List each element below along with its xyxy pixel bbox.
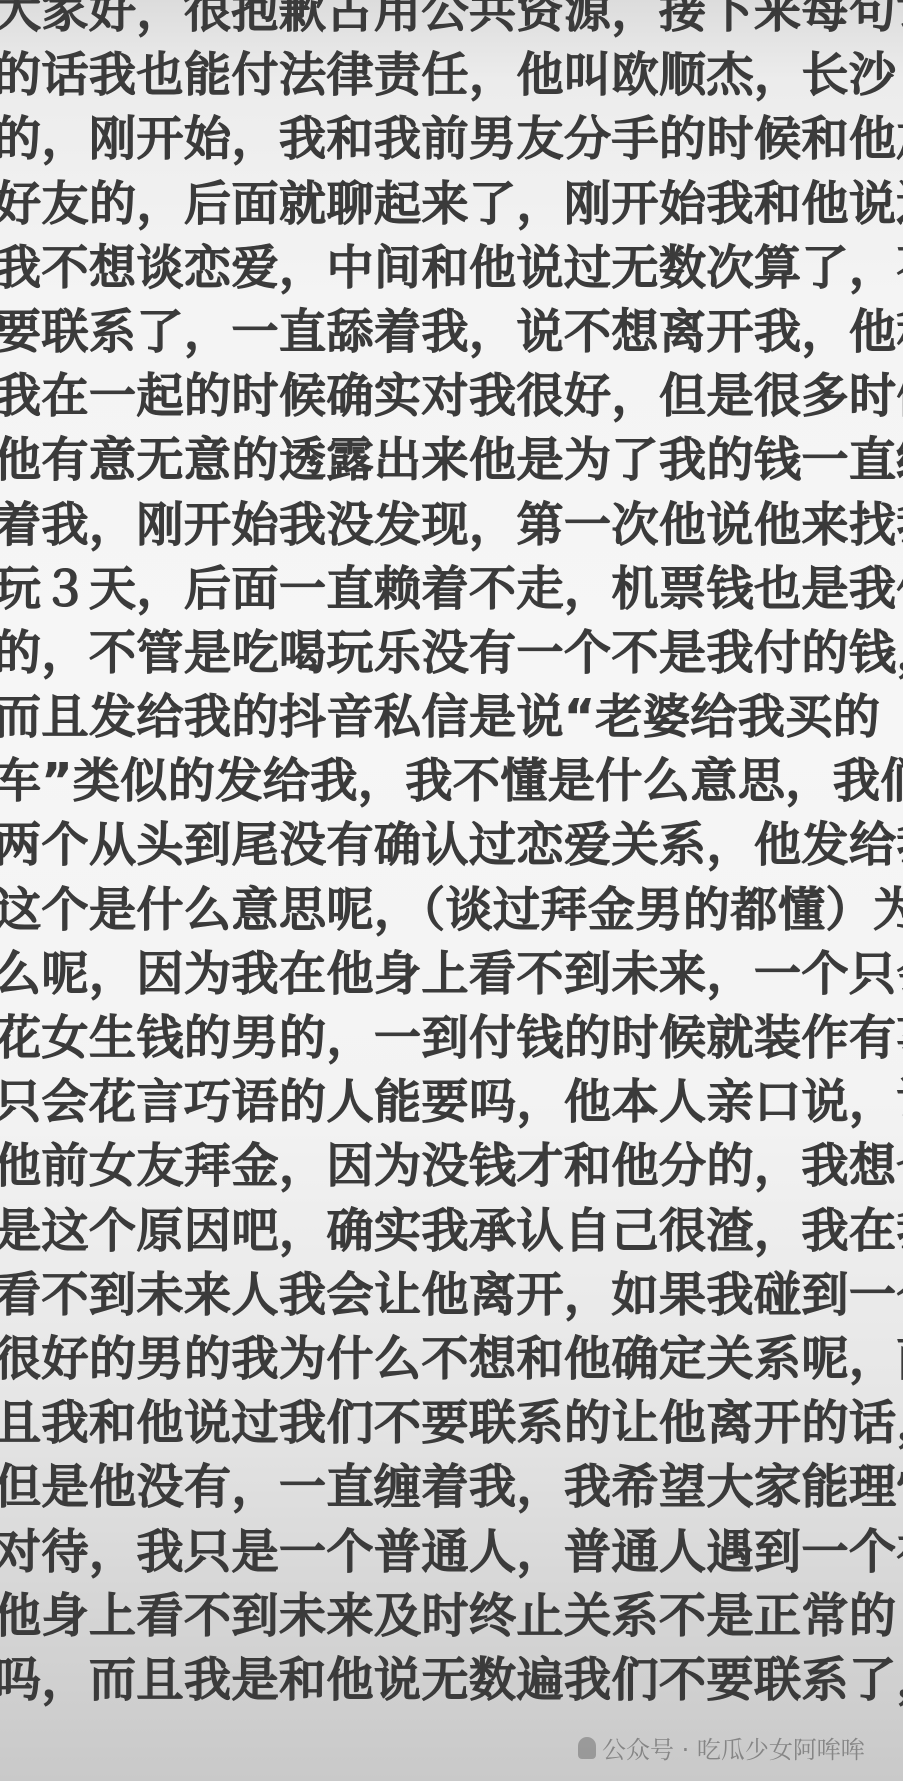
text-line: 要联系了，一直舔着我，说不想离开我，他和 [0,301,894,365]
text-line: 但是他没有，一直缠着我，我希望大家能理性 [0,1456,894,1520]
text-line: 而且发给我的抖音私信是说“老婆给我买的 [0,686,894,750]
text-line: 玩３天，后面一直赖着不走，机票钱也是我付 [0,558,894,622]
watermark: 公众号 · 吃瓜少女阿哞哞 [578,1730,865,1765]
text-line: 且我和他说过我们不要联系的让他离开的话， [0,1392,894,1456]
text-line: 很好的男的我为什么不想和他确定关系呢，而 [0,1328,894,1392]
text-line: 着我，刚开始我没发现，第一次他说他来找我 [0,494,894,558]
text-line: 的话我也能付法律责任，他叫欧顺杰，长沙 [0,44,894,108]
text-line: 花女生钱的男的，一到付钱的时候就装作有事 [0,1007,894,1071]
watermark-text: 公众号 · 吃瓜少女阿哞哞 [602,1730,865,1765]
statement-text-block: 大家好，很抱歉占用公共资源，接下来每句话 的话我也能付法律责任，他叫欧顺杰，长沙… [0,0,894,1713]
text-line: 么呢，因为我在他身上看不到未来，一个只会 [0,943,894,1007]
text-line: 他前女友拜金，因为没钱才和他分的，我想也 [0,1135,894,1199]
text-line: 对待，我只是一个普通人，普通人遇到一个在 [0,1521,894,1585]
text-line: 只会花言巧语的人能要吗，他本人亲口说，说 [0,1071,894,1135]
text-line: 他有意无意的透露出来他是为了我的钱一直缠 [0,429,894,493]
text-line: 吗，而且我是和他说无数遍我们不要联系了， [0,1649,894,1713]
text-line: 是这个原因吧，确实我承认自己很渣，我在我 [0,1200,894,1264]
text-line: 我在一起的时候确实对我很好，但是很多时候 [0,365,894,429]
text-line: 两个从头到尾没有确认过恋爱关系，他发给我 [0,814,894,878]
text-line: 好友的，后面就聊起来了，刚开始我和他说过 [0,173,894,237]
text-line: 看不到未来人我会让他离开，如果我碰到一个 [0,1264,894,1328]
text-line: 的，刚开始，我和我前男友分手的时候和他加 [0,108,894,172]
text-line: 的，不管是吃喝玩乐没有一个不是我付的钱， [0,622,894,686]
text-line: 车”类似的发给我，我不懂是什么意思，我们 [0,750,894,814]
wechat-official-account-icon [578,1737,596,1759]
text-line: 这个是什么意思呢，（谈过拜金男的都懂）为什 [0,879,894,943]
text-line: 他身上看不到未来及时终止关系不是正常的 [0,1585,894,1649]
text-line: 我不想谈恋爱，中间和他说过无数次算了，不 [0,237,894,301]
text-line: 大家好，很抱歉占用公共资源，接下来每句话 [0,0,894,44]
